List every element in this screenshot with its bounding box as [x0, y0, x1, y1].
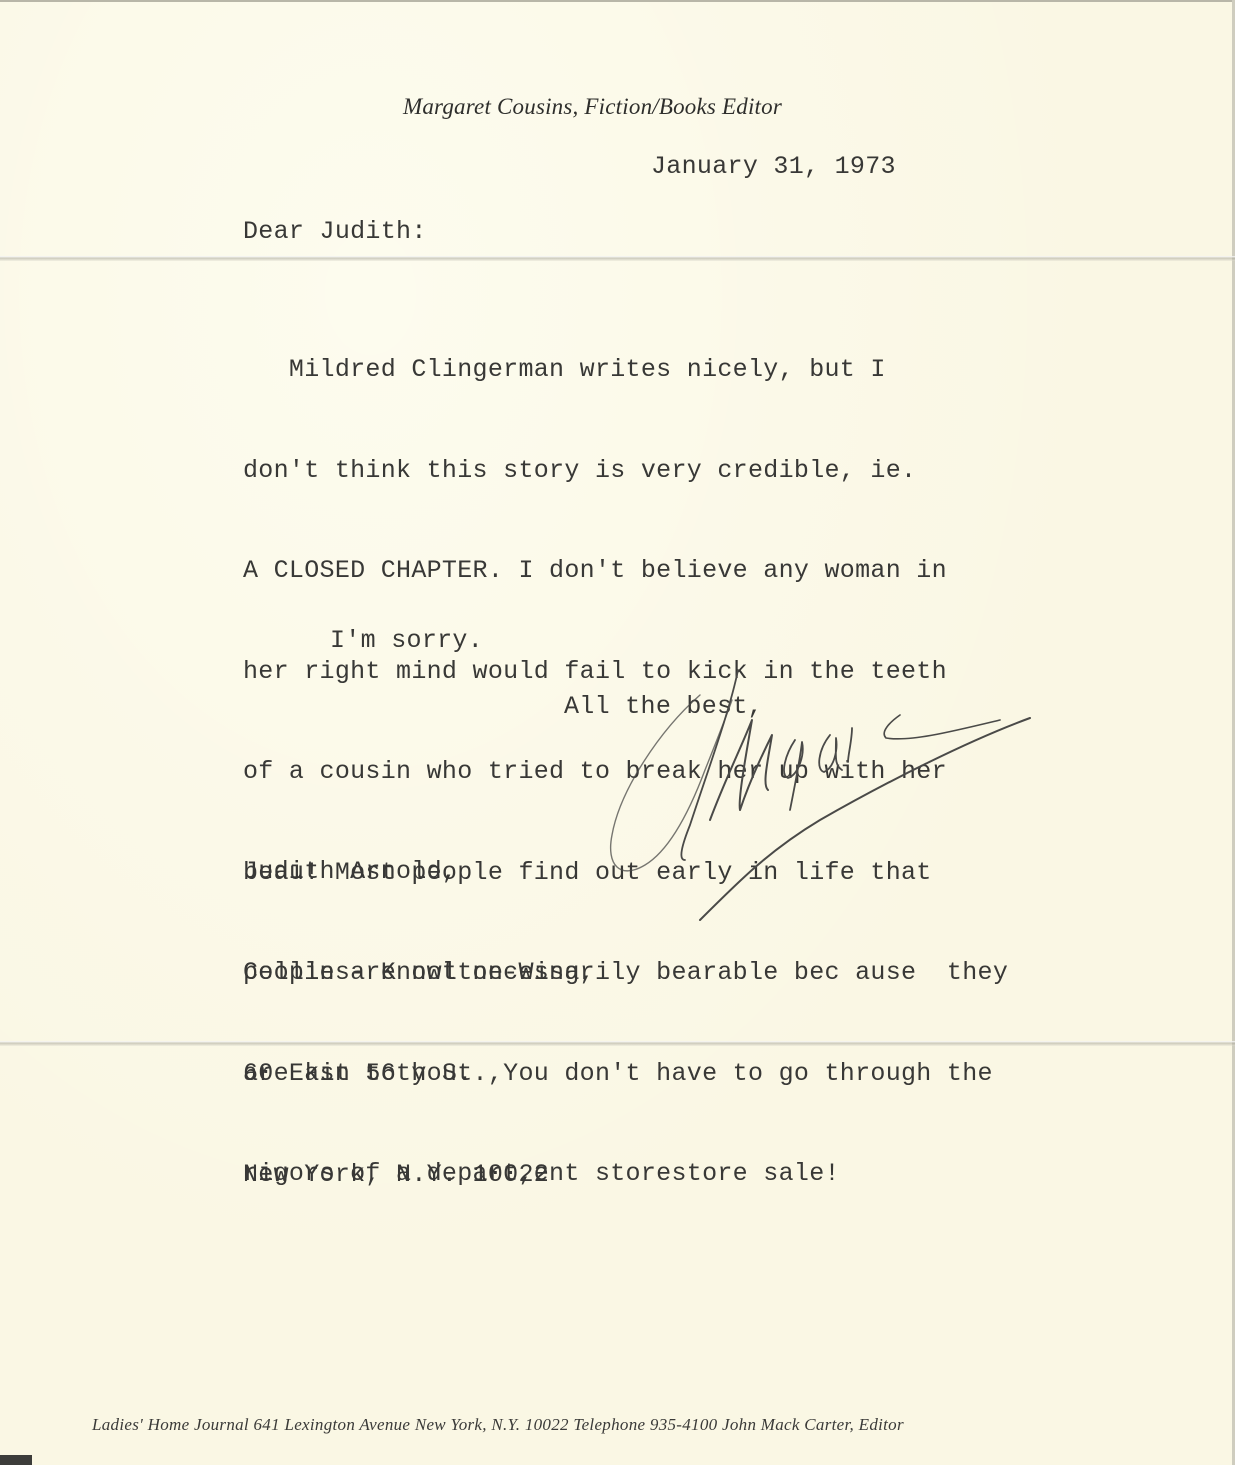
letterhead-sender-title: Margaret Cousins, Fiction/Books Editor: [403, 94, 782, 120]
letter-date: January 31, 1973: [651, 150, 896, 184]
body-line: Mildred Clingerman writes nicely, but I: [243, 353, 1008, 387]
address-line: Collins- Knowlton-Wing,: [243, 956, 595, 990]
body-line: A CLOSED CHAPTER. I don't believe any wo…: [243, 554, 1008, 588]
page-top-edge: [0, 0, 1235, 2]
letter-page: Margaret Cousins, Fiction/Books Editor J…: [0, 0, 1235, 1465]
apology-line: I'm sorry.: [330, 624, 483, 658]
handwritten-signature: [590, 660, 1060, 950]
salutation: Dear Judith:: [243, 215, 427, 249]
address-line: New York, N.Y. 10022: [243, 1158, 595, 1192]
body-line: don't think this story is very credible,…: [243, 454, 1008, 488]
address-line: 60 East 56th St.,: [243, 1057, 595, 1091]
recipient-address: Judith Arnold, Collins- Knowlton-Wing, 6…: [243, 788, 595, 1259]
scan-artifact: [0, 1455, 32, 1465]
fold-line-upper: [0, 256, 1235, 261]
address-line: Judith Arnold,: [243, 855, 595, 889]
letterhead-footer: Ladies' Home Journal 641 Lexington Avenu…: [92, 1415, 904, 1435]
